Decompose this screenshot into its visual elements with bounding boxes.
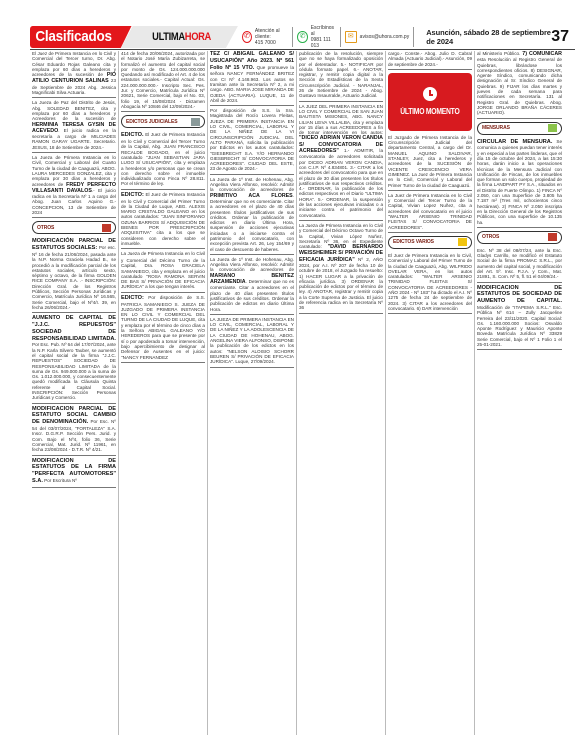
section-title: Clasificados — [30, 26, 132, 48]
clock-icon — [423, 87, 437, 101]
notice: El Juez de Primera Instancia en lo Civil… — [388, 253, 472, 314]
section-otros-2: OTROS — [477, 231, 562, 244]
column-4: publicación de la resolución, siempre qu… — [297, 51, 386, 735]
notice: La Jueza de 1º Inst. de Hohenau, Abg. An… — [210, 177, 294, 255]
gavel-icon — [191, 118, 200, 126]
mail-icon: ✉ — [345, 31, 357, 43]
notice: MODIFICACIÓN PARCIAL DE ESTATUTOS SOCIAL… — [32, 238, 116, 313]
column-6: al Ministerio Público. 7) COMUNICAR esta… — [475, 51, 564, 735]
notice: 414 de fecha 20/06/2024, autorizada por … — [121, 51, 205, 112]
map-icon — [548, 124, 557, 132]
column-3: TEZ C/ ABIGAIL GALEANO S/ USUCAPIÓN" Año… — [208, 51, 297, 735]
contact-phone: ✆ Atención al cliente:415 7000 — [242, 27, 293, 47]
classifieds-columns: El Juez de Primera Instancia en lo Civil… — [30, 51, 575, 735]
contact-whatsapp: ✆ Escríbinos al0981 111 013 — [297, 27, 340, 47]
contact-value: avisos@uhora.com.py — [360, 34, 410, 40]
notice: MODIFICACION DE ESTATUTOS DE LA FIRMA "P… — [32, 458, 116, 488]
notice: EDICTO. El Juez de Primera Instancia en … — [121, 132, 205, 189]
section-edictos-judiciales: EDICTOS JUDICIALES — [121, 115, 205, 128]
whatsapp-icon: ✆ — [297, 31, 307, 43]
column-5: cargo.- Conste.- Abog. Julio D. Cabral A… — [386, 51, 475, 735]
otros-icon — [548, 233, 557, 241]
notice: El Juez de Primera Instancia en lo Civil… — [32, 51, 116, 98]
notice: MODIFICACION DE ESTATUTOS DE SOCIEDAD DE… — [477, 285, 562, 351]
logo-ultima: ULTIMA — [152, 31, 185, 43]
notice: Esc. Nº 38 del 08/07/24, ante la Esc. Gl… — [477, 248, 562, 283]
contact-value: 0981 111 013 — [311, 37, 331, 49]
notice: CIRCULAR DE MENSURA. Se comunica a quien… — [477, 139, 562, 228]
phone-icon: ✆ — [242, 31, 252, 43]
newspaper-logo: ULTIMAHORA — [121, 26, 238, 48]
page-header: Clasificados ULTIMAHORA ✆ Atención al cl… — [30, 26, 575, 48]
header-rule — [30, 49, 575, 50]
notice: El Juzgado de Primera Instancia de la Ci… — [388, 135, 472, 191]
contact-label: Escríbinos al — [311, 25, 334, 37]
notice: AUMENTO DE CAPITAL DE "J.J.C. REPUESTOS"… — [32, 315, 116, 403]
section-edictos-varios: EDICTOS VARIOS — [388, 236, 472, 249]
notice: La Jueza de Primera Instancia en lo Civi… — [299, 223, 383, 314]
notice: La Jueza de Primera Instancia en lo Civi… — [32, 155, 116, 218]
notice: La Juez de Primera Instancia en lo Civil… — [388, 193, 472, 233]
page-number: 37 — [551, 28, 575, 46]
contact-label: Atención al cliente: — [255, 28, 280, 40]
notice: La Jueza de 1º Inst. de Hohenau, Abg. An… — [210, 257, 294, 315]
otros-icon — [102, 224, 111, 232]
notice: La Jueza de Primera Instancia en lo Civi… — [121, 251, 205, 293]
column-1: El Juez de Primera Instancia en lo Civil… — [30, 51, 119, 735]
newspaper-page: Clasificados ULTIMAHORA ✆ Atención al cl… — [0, 0, 580, 756]
notice: TEZ C/ ABIGAIL GALEANO S/ USUCAPIÓN" Año… — [210, 51, 294, 106]
notice: EDICTO: Por disposición de S.S. PATRICIA… — [121, 295, 205, 363]
notice: publicación de la resolución, siempre qu… — [299, 51, 383, 102]
notice: Por disposición de S.S. la Sra. Magistra… — [210, 108, 294, 175]
notice: cargo.- Conste.- Abog. Julio D. Cabral A… — [388, 51, 472, 70]
notice: La Jueza de Paz del Distrito de Jesús, A… — [32, 100, 116, 153]
ultimo-momento-banner: ÚLTIMO MOMENTO — [388, 73, 472, 131]
logo-hora: HORA — [185, 31, 211, 43]
notice: LA JUEZA DE PRIMERA INSTANCIA EN LO CIVI… — [210, 317, 294, 368]
notice: EDICTO: El Juez de Primera Instancia en … — [121, 192, 205, 249]
contact-email: ✉ avisos@uhora.com.py — [345, 27, 415, 47]
section-mensuras: MENSURAS — [477, 122, 562, 135]
document-icon — [458, 238, 467, 246]
notice: MODIFICACION PARCIAL DE ESTATUTO SOCIAL … — [32, 406, 116, 456]
contact-value: 415 7000 — [255, 40, 276, 46]
notice: al Ministerio Público. 7) COMUNICAR esta… — [477, 51, 562, 119]
column-2: 414 de fecha 20/06/2024, autorizada por … — [119, 51, 208, 735]
issue-date: Asunción, sábado 28 de septiembre de 202… — [426, 28, 551, 46]
section-otros: OTROS — [32, 221, 116, 234]
notice: LA JUEZ DEL PRIMERA INSTANCIA EN LO CIVI… — [299, 104, 383, 221]
